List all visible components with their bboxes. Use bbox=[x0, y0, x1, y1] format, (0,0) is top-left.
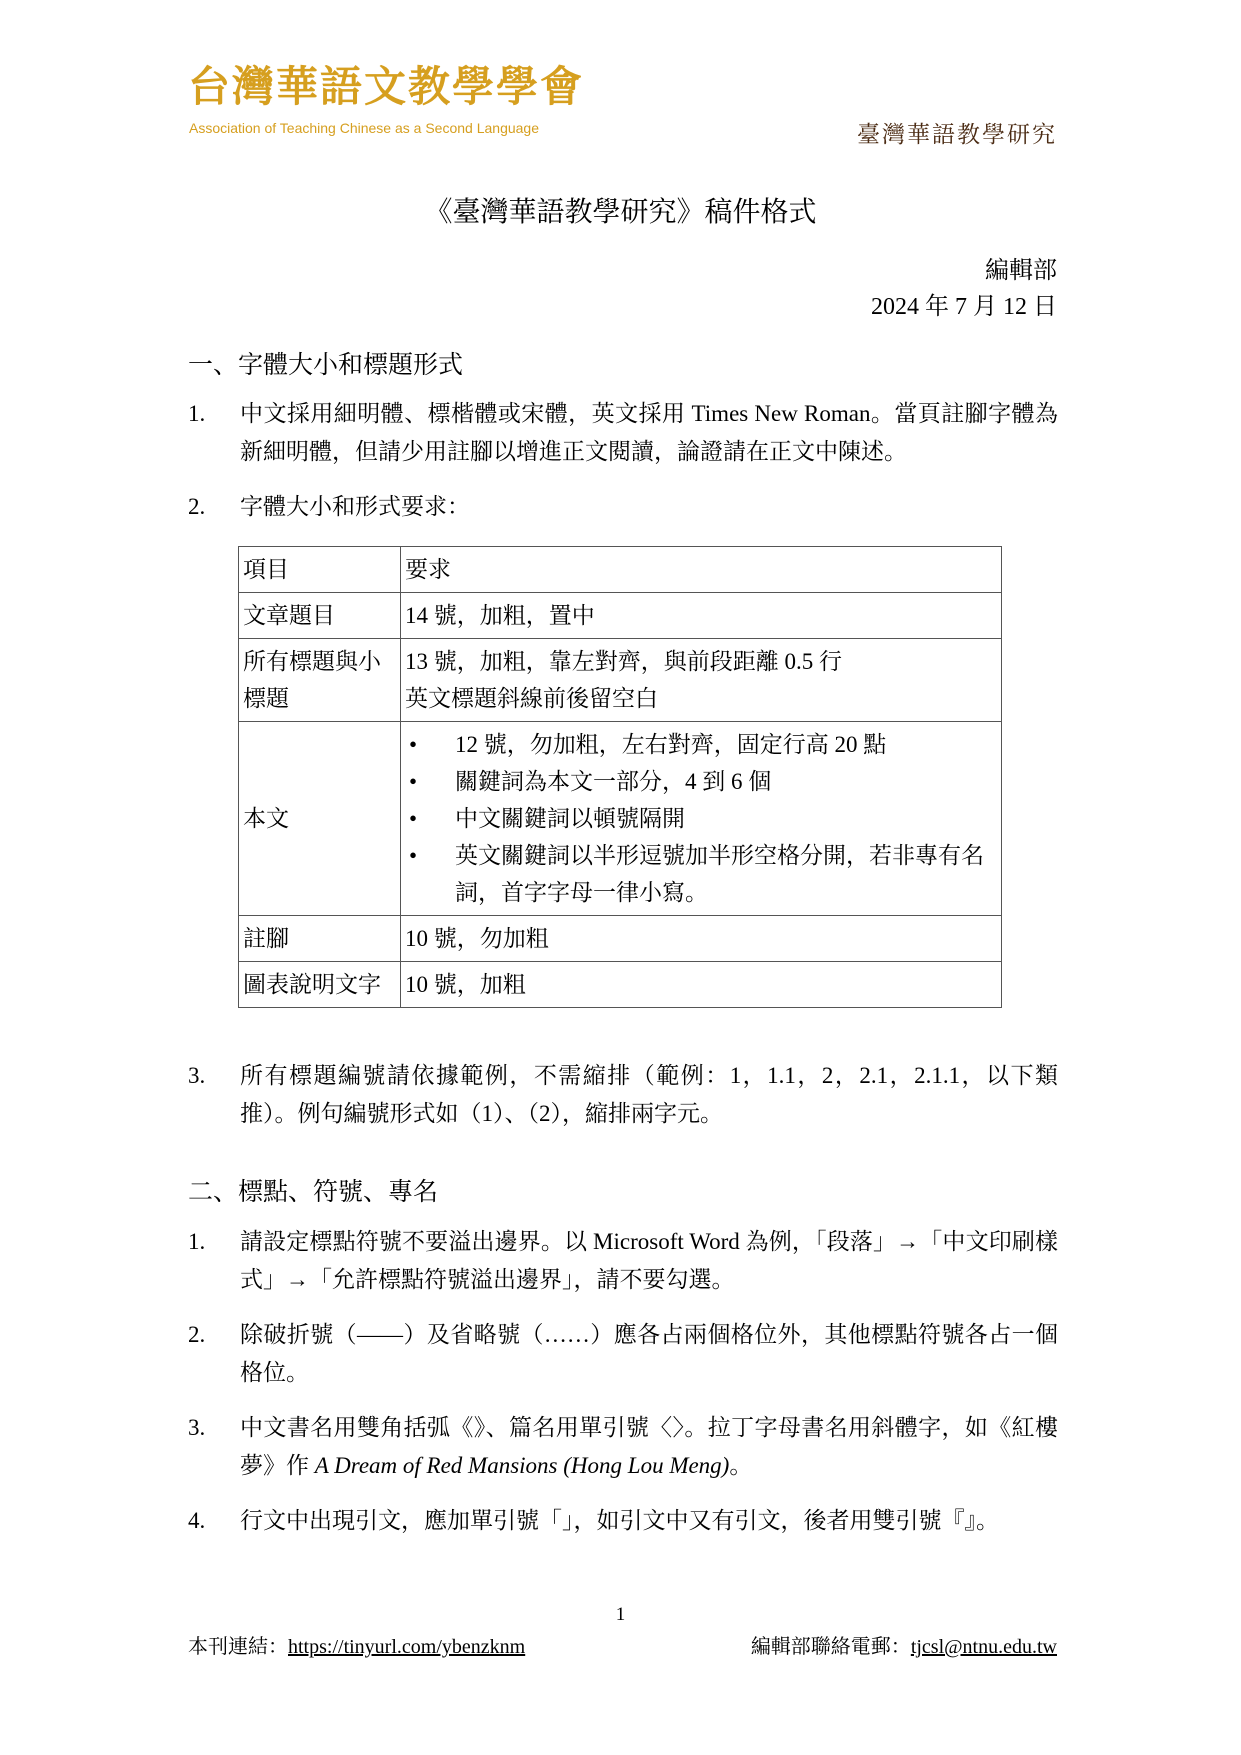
table-header-row: 項目 要求 bbox=[239, 547, 1002, 593]
footer-link-label: 本刊連結： bbox=[188, 1636, 288, 1658]
journal-link[interactable]: https://tinyurl.com/ybenzknm bbox=[288, 1636, 525, 1658]
list-item: 2. 除破折號（——）及省略號（……）應各占兩個格位外，其他標點符號各占一個格位… bbox=[188, 1316, 1058, 1392]
table-header-cell: 項目 bbox=[239, 547, 401, 593]
format-spec-table: 項目 要求 文章題目 14 號，加粗，置中 所有標題與小標題 13 號，加粗，靠… bbox=[238, 546, 1002, 1008]
table-cell-req: 14 號，加粗，置中 bbox=[401, 593, 1002, 639]
list-item: 1. 請設定標點符號不要溢出邊界。以 Microsoft Word 為例，「段落… bbox=[188, 1223, 1058, 1299]
list-item: 1. 中文採用細明體、標楷體或宋體，英文採用 Times New Roman。當… bbox=[188, 395, 1058, 471]
list-item: 3. 所有標題編號請依據範例，不需縮排（範例：1，1.1，2，2.1，2.1.1… bbox=[188, 1057, 1058, 1133]
footer-email-label: 編輯部聯絡電郵： bbox=[751, 1636, 911, 1658]
table-header-cell: 要求 bbox=[401, 547, 1002, 593]
table-cell-req: 10 號，勿加粗 bbox=[401, 916, 1002, 962]
bullet-item: 英文關鍵詞以半形逗號加半形空格分開，若非專有名詞，首字字母一律小寫。 bbox=[405, 837, 997, 911]
table-cell-item: 本文 bbox=[239, 722, 401, 916]
bullet-item: 12 號，勿加粗，左右對齊，固定行高 20 點 bbox=[405, 726, 997, 763]
date: 2024 年 7 月 12 日 bbox=[871, 286, 1057, 321]
item-number: 1. bbox=[188, 395, 205, 433]
table-row: 文章題目 14 號，加粗，置中 bbox=[239, 593, 1002, 639]
bullet-list: 12 號，勿加粗，左右對齊，固定行高 20 點 關鍵詞為本文一部分，4 到 6 … bbox=[405, 726, 997, 911]
association-logo-chinese: 台灣華語文教學學會 bbox=[188, 66, 584, 108]
journal-name: 臺灣華語教學研究 bbox=[857, 116, 1057, 149]
list-item: 4. 行文中出現引文，應加單引號「」，如引文中又有引文，後者用雙引號『』。 bbox=[188, 1502, 1058, 1540]
table-cell-item: 所有標題與小標題 bbox=[239, 639, 401, 722]
table-cell-item: 文章題目 bbox=[239, 593, 401, 639]
req-line: 13 號，加粗，靠左對齊，與前段距離 0.5 行 bbox=[405, 643, 997, 680]
table-cell-item: 註腳 bbox=[239, 916, 401, 962]
page-number: 1 bbox=[0, 1604, 1241, 1626]
list-item: 3. 中文書名用雙角括弧《》、篇名用單引號〈〉。拉丁字母書名用斜體字，如《紅樓夢… bbox=[188, 1409, 1058, 1485]
item-text: 所有標題編號請依據範例，不需縮排（範例：1，1.1，2，2.1，2.1.1，以下… bbox=[240, 1057, 1058, 1133]
item-number: 2. bbox=[188, 488, 205, 526]
table-row: 本文 12 號，勿加粗，左右對齊，固定行高 20 點 關鍵詞為本文一部分，4 到… bbox=[239, 722, 1002, 916]
list-item: 2. 字體大小和形式要求： bbox=[188, 488, 1058, 526]
item-number: 3. bbox=[188, 1057, 205, 1095]
item-number: 1. bbox=[188, 1223, 205, 1261]
table-row: 註腳 10 號，勿加粗 bbox=[239, 916, 1002, 962]
text-segment: 。 bbox=[729, 1453, 752, 1478]
italic-book-title: A Dream of Red Mansions (Hong Lou Meng) bbox=[315, 1453, 730, 1478]
item-text: 中文書名用雙角括弧《》、篇名用單引號〈〉。拉丁字母書名用斜體字，如《紅樓夢》作 … bbox=[240, 1409, 1058, 1485]
item-text: 行文中出現引文，應加單引號「」，如引文中又有引文，後者用雙引號『』。 bbox=[240, 1502, 1058, 1540]
section-heading-1: 一、字體大小和標題形式 bbox=[188, 345, 463, 381]
table-cell-req: 12 號，勿加粗，左右對齊，固定行高 20 點 關鍵詞為本文一部分，4 到 6 … bbox=[401, 722, 1002, 916]
association-logo-english: Association of Teaching Chinese as a Sec… bbox=[189, 120, 539, 136]
item-text: 除破折號（——）及省略號（……）應各占兩個格位外，其他標點符號各占一個格位。 bbox=[240, 1316, 1058, 1392]
item-text: 中文採用細明體、標楷體或宋體，英文採用 Times New Roman。當頁註腳… bbox=[240, 395, 1058, 471]
item-number: 3. bbox=[188, 1409, 205, 1447]
footer-email: 編輯部聯絡電郵：tjcsl@ntnu.edu.tw bbox=[751, 1630, 1057, 1659]
bullet-item: 關鍵詞為本文一部分，4 到 6 個 bbox=[405, 763, 997, 800]
document-title: 《臺灣華語教學研究》稿件格式 bbox=[0, 190, 1241, 230]
table-cell-req: 10 號，加粗 bbox=[401, 962, 1002, 1008]
table-row: 圖表說明文字 10 號，加粗 bbox=[239, 962, 1002, 1008]
bullet-item: 中文關鍵詞以頓號隔開 bbox=[405, 800, 997, 837]
author: 編輯部 bbox=[985, 250, 1057, 285]
item-number: 4. bbox=[188, 1502, 205, 1540]
footer-link: 本刊連結：https://tinyurl.com/ybenzknm bbox=[188, 1630, 525, 1659]
req-line: 英文標題斜線前後留空白 bbox=[405, 680, 997, 717]
item-text: 字體大小和形式要求： bbox=[240, 488, 1058, 526]
section-heading-2: 二、標點、符號、專名 bbox=[188, 1172, 438, 1208]
email-link[interactable]: tjcsl@ntnu.edu.tw bbox=[911, 1636, 1057, 1658]
item-number: 2. bbox=[188, 1316, 205, 1354]
table-cell-req: 13 號，加粗，靠左對齊，與前段距離 0.5 行 英文標題斜線前後留空白 bbox=[401, 639, 1002, 722]
table-row: 所有標題與小標題 13 號，加粗，靠左對齊，與前段距離 0.5 行 英文標題斜線… bbox=[239, 639, 1002, 722]
item-text: 請設定標點符號不要溢出邊界。以 Microsoft Word 為例，「段落」→「… bbox=[240, 1223, 1058, 1299]
table-cell-item: 圖表說明文字 bbox=[239, 962, 401, 1008]
